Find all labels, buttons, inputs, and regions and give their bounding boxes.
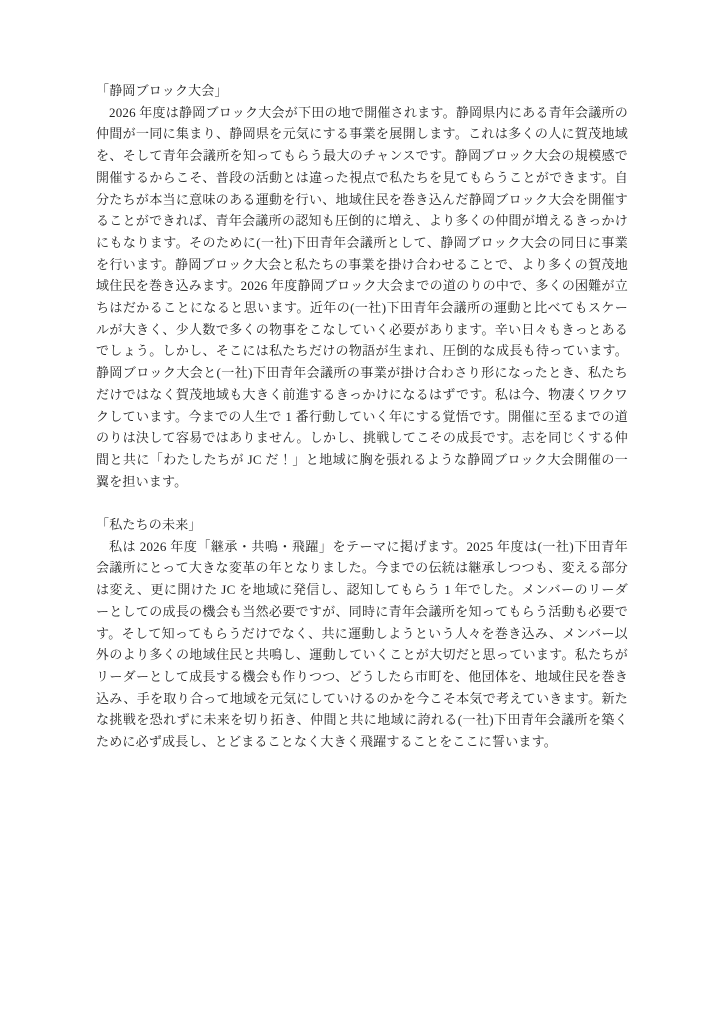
- section-shizuoka-block-convention: 「静岡ブロック大会」 2026 年度は静岡ブロック大会が下田の地で開催されます。…: [96, 80, 628, 492]
- document-page: 「静岡ブロック大会」 2026 年度は静岡ブロック大会が下田の地で開催されます。…: [0, 0, 724, 1024]
- section-body-shizuoka-block-convention: 2026 年度は静岡ブロック大会が下田の地で開催されます。静岡県内にある青年会議…: [96, 102, 628, 493]
- section-heading-shizuoka-block-convention: 「静岡ブロック大会」: [96, 80, 628, 102]
- section-our-future: 「私たちの未来」 私は 2026 年度「継承・共鳴・飛躍」をテーマに掲げます。2…: [96, 514, 628, 753]
- section-heading-our-future: 「私たちの未来」: [96, 514, 628, 536]
- section-body-our-future: 私は 2026 年度「継承・共鳴・飛躍」をテーマに掲げます。2025 年度は(一…: [96, 536, 628, 753]
